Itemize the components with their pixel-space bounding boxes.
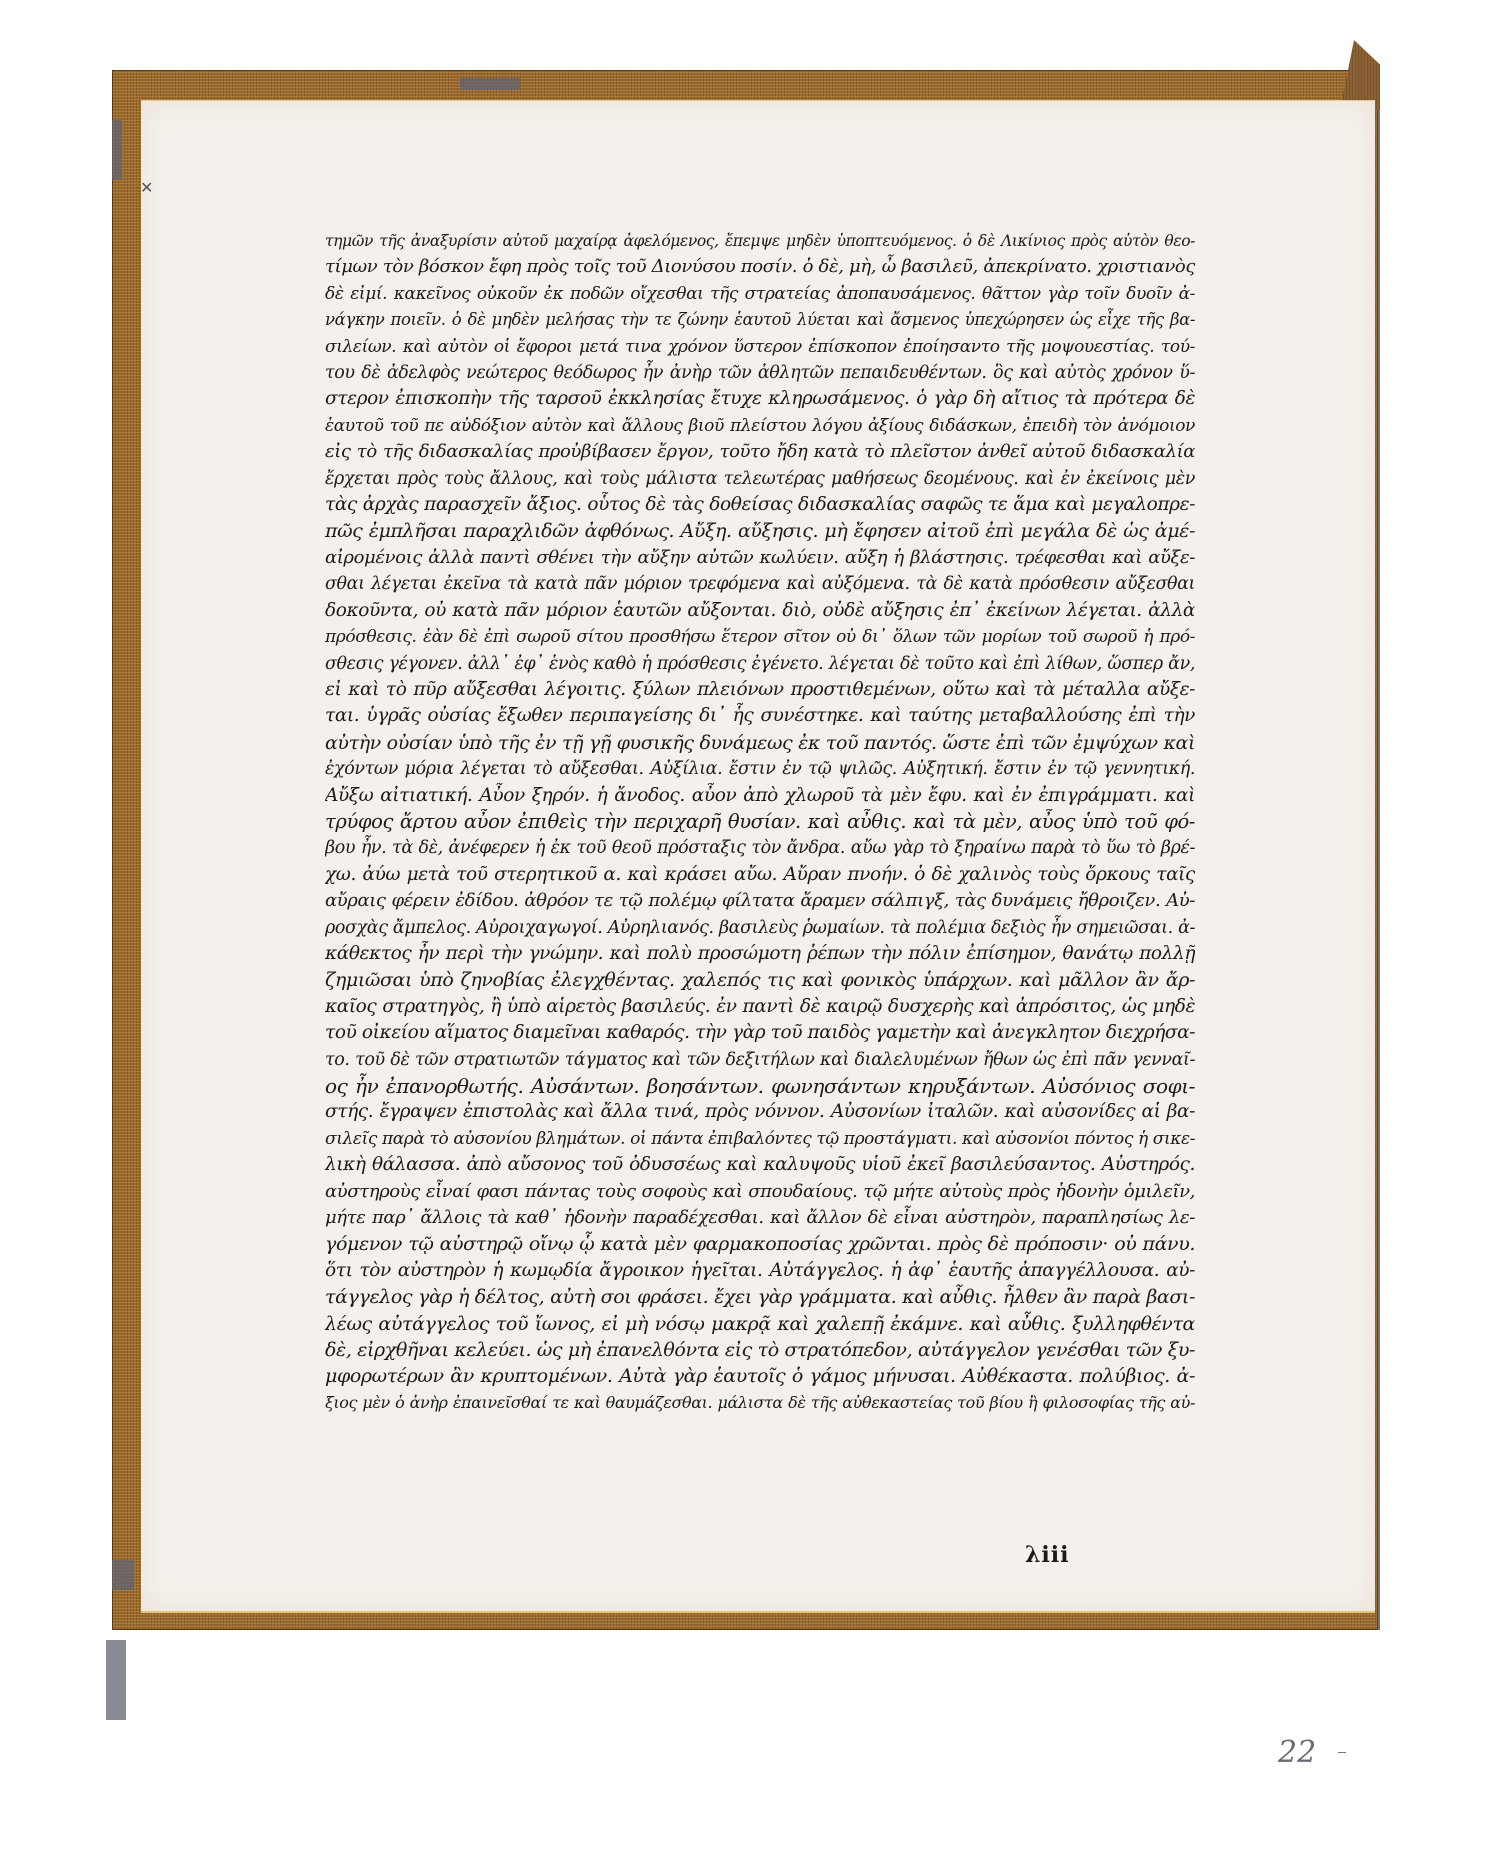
text-line: τὰς ἀρχὰς παρασχεῖν ἄξιος. οὗτος δὲ τὰς … — [325, 492, 1195, 518]
text-line: αὔραις φέρειν ἐδίδου. ἀθρόον τε τῷ πολέμ… — [325, 888, 1195, 914]
text-line: ροσχὰς ἄμπελος. Αὐροιχαγωγοί. Αὐρηλιανός… — [325, 915, 1195, 941]
text-line: ζημιῶσαι ὑπὸ ζηνοβίας ἐλεγχθέντας. χαλεπ… — [325, 967, 1195, 993]
text-line: Αὔξω αἰτιατική. Αὖον ξηρόν. ἡ ἄνοδος. αὖ… — [325, 783, 1195, 809]
text-line: μφορωτέρων ἂν κρυπτομένων. Αὐτὰ γὰρ ἑαυτ… — [325, 1363, 1195, 1389]
text-line: αἰρομένοις ἀλλὰ παντὶ σθένει τὴν αὔξην α… — [325, 545, 1195, 571]
text-line: καῖος στρατηγὸς, ἢ ὑπὸ αἱρετὸς βασιλεύς.… — [325, 994, 1195, 1020]
text-line: στής. ἔγραψεν ἐπιστολὰς καὶ ἄλλα τινά, π… — [325, 1099, 1195, 1125]
text-line: τίμων τὸν βόσκον ἔφη πρὸς τοῖς τοῦ Διονύ… — [325, 254, 1195, 280]
text-line: δὲ εἰμί. κακεῖνος οὐκοῦν ἐκ ποδῶν οἴχεσθ… — [325, 281, 1195, 307]
text-line: δοκοῦντα, οὐ κατὰ πᾶν μόριον ἑαυτῶν αὔξο… — [325, 598, 1195, 624]
text-line: σθεσις γέγονεν. ἀλλ᾽ ἐφ᾽ ἑνὸς καθὸ ἡ πρό… — [325, 651, 1195, 677]
text-line: λικὴ θάλασσα. ἀπὸ αὔσονος τοῦ ὀδυσσέως κ… — [325, 1152, 1195, 1178]
text-line: σιλείων. καὶ αὐτὸν οἱ ἔφοροι μετά τινα χ… — [325, 334, 1195, 360]
text-line: ξιος μὲν ὁ ἀνὴρ ἐπαινεῖσθαί τε καὶ θαυμά… — [325, 1390, 1195, 1416]
frame-wear-patch — [112, 120, 122, 180]
text-line: ἔρχεται πρὸς τοὺς ἄλλους, καὶ τοὺς μάλισ… — [325, 466, 1195, 492]
text-line: νάγκην ποιεῖν. ὁ δὲ μηδὲν μελήσας τὴν τε… — [325, 307, 1195, 333]
text-line: ος ἦν ἐπανορθωτής. Αὐσάντων. βοησάντων. … — [325, 1073, 1195, 1099]
frame-wear-patch — [106, 1640, 126, 1720]
folio-dash — [1338, 1752, 1346, 1753]
frame-wear-patch — [460, 78, 520, 90]
pin-mark-icon: ✕ — [140, 178, 153, 197]
text-line: ται. ὑγρᾶς οὐσίας ἔξωθεν περιπαγείσης δι… — [325, 703, 1195, 729]
text-line: τοῦ οἰκείου αἵματος διαμεῖναι καθαρός. τ… — [325, 1020, 1195, 1046]
text-line: σιλεῖς παρὰ τὸ αὐσονίου βλημάτων. οἱ πάν… — [325, 1126, 1195, 1152]
text-line: δὲ, εἰρχθῆναι κελεύει. ὡς μὴ ἐπανελθόντα… — [325, 1337, 1195, 1363]
text-line: τάγγελος γὰρ ἡ δέλτος, αὐτὴ σοι φράσει. … — [325, 1284, 1195, 1310]
text-line: εἰ καὶ τὸ πῦρ αὔξεσθαι λέγοιτις. ξύλων π… — [325, 677, 1195, 703]
text-line: το. τοῦ δὲ τῶν στρατιωτῶν τάγματος καὶ τ… — [325, 1047, 1195, 1073]
text-line: βου ἦν. τὰ δὲ, ἀνέφερεν ἡ ἐκ τοῦ θεοῦ πρ… — [325, 835, 1195, 861]
text-line: πρόσθεσις. ἐὰν δὲ ἐπὶ σωροῦ σίτου προσθή… — [325, 624, 1195, 650]
text-line: ἐχόντων μόρια λέγεται τὸ αὔξεσθαι. Αὐξίλ… — [325, 756, 1195, 782]
frame-wear-patch — [112, 1560, 134, 1590]
folio-number: 22 — [1278, 1735, 1316, 1770]
text-line: πῶς ἐμπλῆσαι παραχλιδῶν ἀφθόνως. Αὔξη. α… — [325, 518, 1195, 544]
greek-text-block: τημῶν τῆς ἀναξυρίσιν αὐτοῦ μαχαίρᾳ ἀφελό… — [325, 228, 1195, 1416]
text-line: σθαι λέγεται ἐκεῖνα τὰ κατὰ πᾶν μόριον τ… — [325, 571, 1195, 597]
text-line: τρύφος ἄρτου αὖον ἐπιθεὶς τὴν περιχαρῆ θ… — [325, 809, 1195, 835]
text-line: χω. ἀύω μετὰ τοῦ στερητικοῦ α. καὶ κράσε… — [325, 862, 1195, 888]
text-line: εἰς τὸ τῆς διδασκαλίας προὐβίβασεν ἔργον… — [325, 439, 1195, 465]
signature-mark: λiii — [1025, 1542, 1070, 1568]
text-line: λέως αὐτάγγελος τοῦ ἴωνος, εἰ μὴ νόσῳ μα… — [325, 1311, 1195, 1337]
text-line: αὐστηροὺς εἶναί φασι πάντας τοὺς σοφοὺς … — [325, 1179, 1195, 1205]
text-line: αὐτὴν οὐσίαν ὑπὸ τῆς ἐν τῇ γῇ φυσικῆς δυ… — [325, 730, 1195, 756]
text-line: γόμενον τῷ αὐστηρῷ οἴνῳ ᾧ κατὰ μὲν φαρμα… — [325, 1231, 1195, 1257]
text-line: κάθεκτος ἦν περὶ τὴν γνώμην. καὶ πολὺ πρ… — [325, 941, 1195, 967]
text-line: του δὲ ἀδελφὸς νεώτερος θεόδωρος ἦν ἀνὴρ… — [325, 360, 1195, 386]
text-line: μήτε παρ᾽ ἄλλοις τὰ καθ᾽ ἡδονὴν παραδέχε… — [325, 1205, 1195, 1231]
text-line: ὅτι τὸν αὐστηρὸν ἡ κωμῳδία ἄγροικον ἡγεῖ… — [325, 1258, 1195, 1284]
text-line: τημῶν τῆς ἀναξυρίσιν αὐτοῦ μαχαίρᾳ ἀφελό… — [325, 228, 1195, 254]
text-line: ἑαυτοῦ τοῦ πε αὐδόξιον αὐτὸν καὶ ἄλλους … — [325, 413, 1195, 439]
text-line: στερον ἐπισκοπὴν τῆς ταρσοῦ ἐκκλησίας ἔτ… — [325, 386, 1195, 412]
